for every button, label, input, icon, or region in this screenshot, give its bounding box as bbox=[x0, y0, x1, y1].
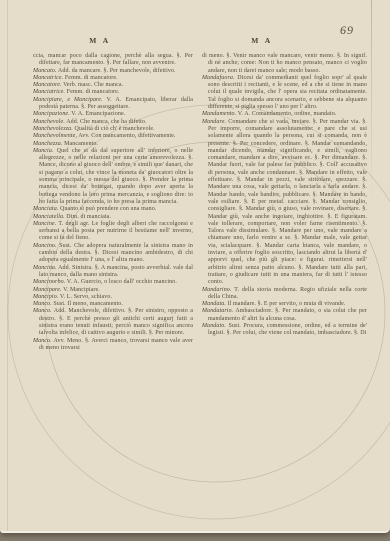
scanned-book-page: M A M A 69 ccia, mancar poco dalla cagio… bbox=[0, 0, 390, 533]
entry-headword: Mancatore. bbox=[33, 82, 62, 88]
entry-headword: Mancia. bbox=[33, 148, 54, 154]
entry-headword: Mancatrice. bbox=[33, 75, 63, 81]
entry-headword: Manco. bbox=[33, 338, 52, 344]
entry-headword: Mancina. bbox=[33, 265, 57, 271]
dictionary-entry: Mancia. Quel che si dà dal superiore all… bbox=[33, 148, 193, 206]
dictionary-entry: Mancino. Sust. Che adopera naturalmente … bbox=[33, 243, 193, 265]
dictionary-entry: Mandatario. Ambasciadore. §. Per mandato… bbox=[202, 308, 367, 323]
dictionary-entry: Mandata. Il mandare. §. E per servito, o… bbox=[202, 301, 367, 308]
entry-headword: Manco. bbox=[33, 301, 52, 307]
entry-headword: Mandarino. bbox=[202, 287, 232, 293]
dictionary-entry: Manco. Avv. Meno. §. Averci manco, trova… bbox=[33, 338, 193, 353]
entry-headword: Mancato. bbox=[33, 68, 57, 74]
dictionary-entry: Manchevole. Add. Che manca, che ha difet… bbox=[33, 119, 193, 126]
running-header-right: M A bbox=[192, 36, 332, 45]
entry-headword: Mandata. bbox=[202, 301, 226, 307]
dictionary-entry: Manciata. Quanto si può prendere con una… bbox=[33, 206, 193, 213]
entry-headword: Manchevolmente, bbox=[33, 133, 77, 139]
text-columns: ccia, mancar poco dalla cagione, perchè … bbox=[33, 53, 367, 453]
entry-headword: Mancinorbo. bbox=[33, 279, 65, 285]
dictionary-entry: Manco. Add. Manchevole, difettivo. §. Pe… bbox=[33, 308, 193, 337]
continuation-paragraph: ccia, mancar poco dalla cagione, perchè … bbox=[33, 53, 193, 68]
dictionary-entry: Mandare. Comandare che si vada, inviare.… bbox=[202, 119, 367, 287]
entry-headword: Mancipazione. bbox=[33, 111, 70, 117]
running-header-left: M A bbox=[0, 36, 200, 45]
entry-headword: Mancino. bbox=[33, 243, 57, 249]
dictionary-entry: Mandarino. T. della storia moderna. Regi… bbox=[202, 287, 367, 302]
dictionary-entry: Mandato. Sust. Procura, commessione, ord… bbox=[202, 323, 367, 338]
dictionary-entry: Mancipazione. V. A. Emancipazione. bbox=[33, 111, 193, 118]
right-column: di meno. §. Venir manco vale mancare, ve… bbox=[202, 53, 367, 453]
dictionary-entry: Mancina. Add. Sinistra. §. A mancina, po… bbox=[33, 265, 193, 280]
dictionary-entry: Mancatrice. Femm. di mancatore. bbox=[33, 75, 193, 82]
entry-headword: Manchezza. bbox=[33, 141, 63, 147]
entry-headword: Mancipiare, e Mancipare. bbox=[33, 97, 103, 103]
dictionary-entry: Manchevolmente, Avv. Con mancamento, dif… bbox=[33, 133, 193, 140]
entry-headword: Mancine. bbox=[33, 221, 56, 227]
page-left-edge-line bbox=[7, 0, 8, 531]
dictionary-entry: Mancipiare, e Mancipare. V. A. Emancipat… bbox=[33, 97, 193, 112]
entry-headword: Mandare. bbox=[202, 119, 226, 125]
entry-headword: Manchevolezza. bbox=[33, 126, 73, 132]
dictionary-entry: Mancipio. V. L. Servo, schiavo. bbox=[33, 294, 193, 301]
entry-headword: Mancipio. bbox=[33, 294, 58, 300]
dictionary-entry: Mancipare. V. Mancipiare. bbox=[33, 287, 193, 294]
continuation-paragraph: di meno. §. Venir manco vale mancare, ve… bbox=[202, 53, 367, 75]
entry-headword: Mandatario. bbox=[202, 308, 233, 314]
entry-headword: Manciatrice. bbox=[33, 89, 65, 95]
entry-headword: Mandafuora. bbox=[202, 75, 235, 81]
dictionary-entry: Manchezza. Mancamento. bbox=[33, 141, 193, 148]
dictionary-entry: Mandamento. V. A. Comandamento, ordine, … bbox=[202, 111, 367, 118]
entry-headword: Manciatella. bbox=[33, 214, 65, 220]
dictionary-entry: Manciatrice. Femm. di mancatore. bbox=[33, 89, 193, 96]
page-crease-line bbox=[371, 0, 372, 215]
dictionary-entry: Mancatore. Verb. masc. Che manca. bbox=[33, 82, 193, 89]
entry-headword: Mancipare. bbox=[33, 287, 62, 293]
dictionary-entry: Manciatella. Dim. di manciata. bbox=[33, 214, 193, 221]
entry-headword: Manchevole. bbox=[33, 119, 65, 125]
entry-headword: Manco. bbox=[33, 308, 52, 314]
entry-headword: Mandato. bbox=[202, 323, 226, 329]
dictionary-entry: Mancine. T. degli agr. Le foglie degli a… bbox=[33, 221, 193, 243]
dictionary-entry: Mancinorbo. V. A. Guercio, o losco dall'… bbox=[33, 279, 193, 286]
entry-headword: Manciata. bbox=[33, 206, 58, 212]
page-number: 69 bbox=[340, 23, 354, 38]
entry-headword: Mandamento. bbox=[202, 111, 236, 117]
left-column: ccia, mancar poco dalla cagione, perchè … bbox=[33, 53, 193, 453]
dictionary-entry: Mandafuora. Dicesi da' commedianti quel … bbox=[202, 75, 367, 111]
dictionary-entry: Mancato. Add. da mancare. §. Per manchev… bbox=[33, 68, 193, 75]
